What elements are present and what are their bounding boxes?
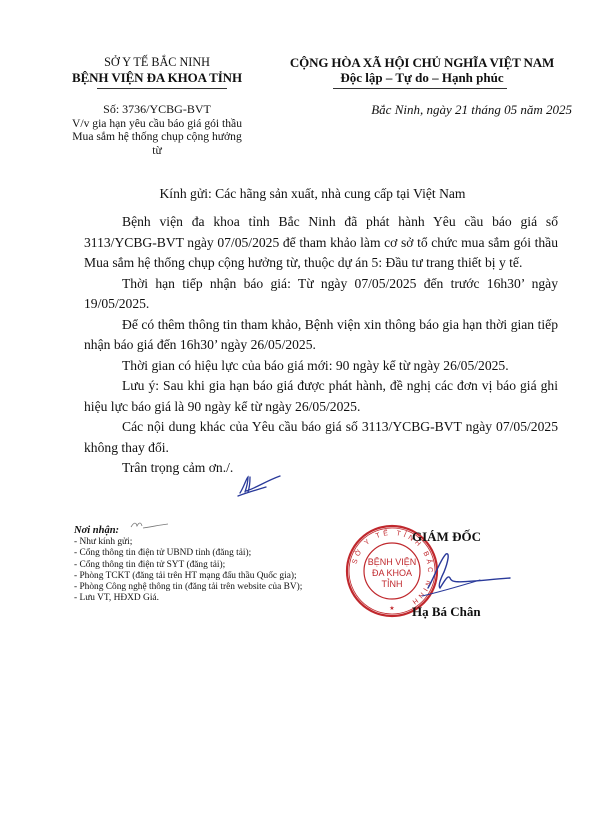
director-signature-icon (420, 548, 520, 598)
subject-line: Mua sắm hệ thống chụp cộng hưởng (62, 130, 252, 144)
recipients-list: Nơi nhận: - Như kính gửi; - Cổng thông t… (74, 524, 374, 605)
initials-signature-icon (236, 473, 282, 497)
recipient-item: - Lưu VT, HĐXD Giá. (74, 593, 374, 604)
recipient-item: - Như kính gửi; (74, 537, 374, 548)
body-paragraph: Để có thêm thông tin tham khảo, Bệnh việ… (84, 315, 558, 356)
issue-date: Bắc Ninh, ngày 21 tháng 05 năm 2025 (300, 102, 572, 118)
stamp-line: ĐA KHOA (372, 568, 412, 578)
closing-line: Trân trọng cảm ơn./. (84, 458, 558, 479)
signer-name: Hạ Bá Chân (412, 604, 481, 620)
body-paragraph: Thời hạn tiếp nhận báo giá: Từ ngày 07/0… (84, 274, 558, 315)
motto-underline (333, 88, 507, 89)
issuer-header: SỞ Y TẾ BẮC NINH BỆNH VIỆN ĐA KHOA TỈNH (62, 55, 252, 86)
stamp-line: BỆNH VIỆN (368, 557, 417, 567)
recipient-item: - Phòng Công nghệ thông tin (đăng tải tr… (74, 582, 374, 593)
national-title: CỘNG HÒA XÃ HỘI CHỦ NGHĨA VIỆT NAM (272, 55, 572, 70)
recipients-title: Nơi nhận: (74, 524, 374, 537)
document-number: Số: 3736/YCBG-BVT (62, 103, 252, 117)
salutation: Kính gửi: Các hãng sản xuất, nhà cung cấ… (60, 186, 565, 202)
department-name: SỞ Y TẾ BẮC NINH (62, 55, 252, 70)
national-motto: Độc lập – Tự do – Hạnh phúc (272, 70, 572, 86)
organization-name: BỆNH VIỆN ĐA KHOA TỈNH (62, 70, 252, 86)
subject-line: V/v gia hạn yêu cầu báo giá gói thầu (62, 117, 252, 131)
body-paragraph: Bệnh viện đa khoa tỉnh Bắc Ninh đã phát … (84, 212, 558, 274)
recipient-item: - Cổng thông tin điện tử SYT (đăng tải); (74, 560, 374, 571)
recipient-item: - Phòng TCKT (đăng tải trên HT mạng đấu … (74, 571, 374, 582)
signer-position: GIÁM ĐỐC (412, 529, 481, 545)
recipient-item: - Cổng thông tin điện tử UBND tỉnh (đăng… (74, 548, 374, 559)
svg-text:★: ★ (389, 605, 394, 612)
recipient-initials-icon (129, 519, 169, 531)
document-reference: Số: 3736/YCBG-BVT V/v gia hạn yêu cầu bá… (62, 103, 252, 157)
body-paragraph: Thời gian có hiệu lực của báo giá mới: 9… (84, 356, 558, 377)
subject-line: từ (62, 144, 252, 158)
issuer-underline (97, 88, 227, 89)
body-paragraph: Lưu ý: Sau khi gia hạn báo giá được phát… (84, 376, 558, 417)
letter-body: Bệnh viện đa khoa tỉnh Bắc Ninh đã phát … (84, 212, 558, 479)
body-paragraph: Các nội dung khác của Yêu cầu báo giá số… (84, 417, 558, 458)
stamp-line: TỈNH (382, 578, 403, 589)
national-header: CỘNG HÒA XÃ HỘI CHỦ NGHĨA VIỆT NAM Độc l… (272, 55, 572, 86)
